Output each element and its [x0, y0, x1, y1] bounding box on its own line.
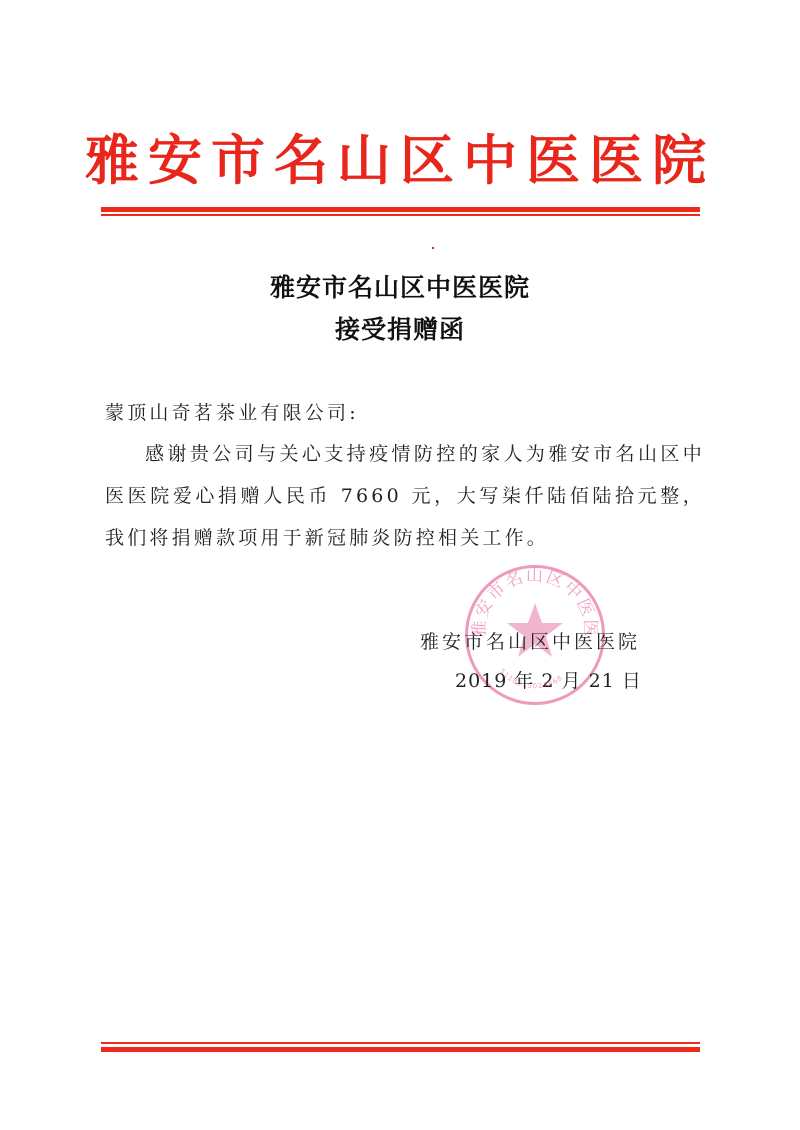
signature-date: 2019 年 2 月 21 日	[455, 666, 642, 693]
letterhead-title: 雅安市名山区中医医院	[0, 128, 800, 192]
letterhead-rule-thin	[101, 214, 700, 216]
speck	[432, 247, 434, 249]
footer-rule-thick	[101, 1047, 700, 1052]
document-title-org: 雅安市名山区中医医院	[0, 268, 800, 304]
body-paragraph: 感谢贵公司与关心支持疫情防控的家人为雅安市名山区中医医院爱心捐赠人民币 7660…	[105, 433, 705, 559]
footer-rule-thin	[101, 1042, 700, 1044]
salutation: 蒙顶山奇茗茶业有限公司:	[105, 392, 705, 434]
document-title: 接受捐赠函	[0, 310, 800, 346]
signature-organization: 雅安市名山区中医医院	[420, 627, 640, 654]
letterhead-rule-thick	[101, 207, 700, 212]
